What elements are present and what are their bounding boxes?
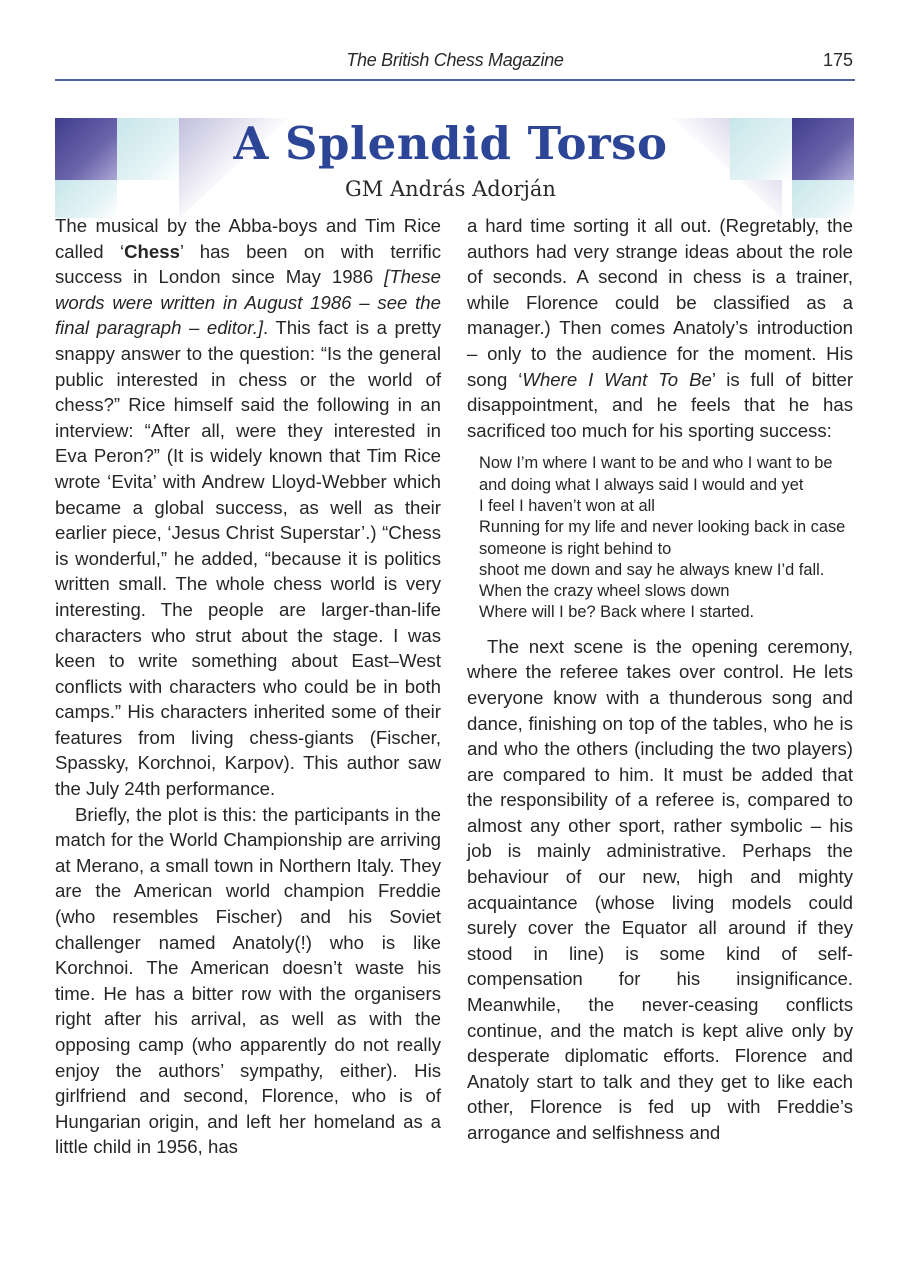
article-title: A Splendid Torso	[0, 114, 901, 174]
song-title: Where I Want To Be	[522, 369, 711, 390]
lyric-line: Now I’m where I want to be and who I wan…	[479, 453, 853, 474]
song-lyrics: Now I’m where I want to be and who I wan…	[479, 453, 853, 623]
lyric-line: and doing what I always said I would and…	[479, 475, 853, 496]
lyric-line: shoot me down and say he always knew I’d…	[479, 560, 853, 581]
text-run: a hard time sorting it all out. (Regreta…	[467, 215, 853, 390]
left-column: The musical by the Abba-boys and Tim Ric…	[55, 213, 441, 1160]
paragraph: Briefly, the plot is this: the participa…	[55, 802, 441, 1160]
paragraph: The next scene is the opening ceremony, …	[467, 634, 853, 1146]
page-number: 175	[823, 50, 853, 71]
right-column: a hard time sorting it all out. (Regreta…	[467, 213, 853, 1146]
lyric-line: When the crazy wheel slows down	[479, 581, 853, 602]
article-byline: GM András Adorján	[0, 174, 901, 204]
publication-title: The British Chess Magazine	[55, 50, 855, 71]
lyric-line: I feel I haven’t won at all	[479, 496, 853, 517]
paragraph: a hard time sorting it all out. (Regreta…	[467, 213, 853, 443]
lyric-line: Running for my life and never looking ba…	[479, 517, 853, 560]
lyric-line: Where will I be? Back where I started.	[479, 602, 853, 623]
bold-text: Chess	[124, 241, 180, 262]
header-rule	[55, 79, 855, 81]
text-run: . This fact is a pretty snappy answer to…	[55, 317, 441, 799]
paragraph: The musical by the Abba-boys and Tim Ric…	[55, 213, 441, 802]
running-header: The British Chess Magazine 175	[55, 50, 855, 78]
